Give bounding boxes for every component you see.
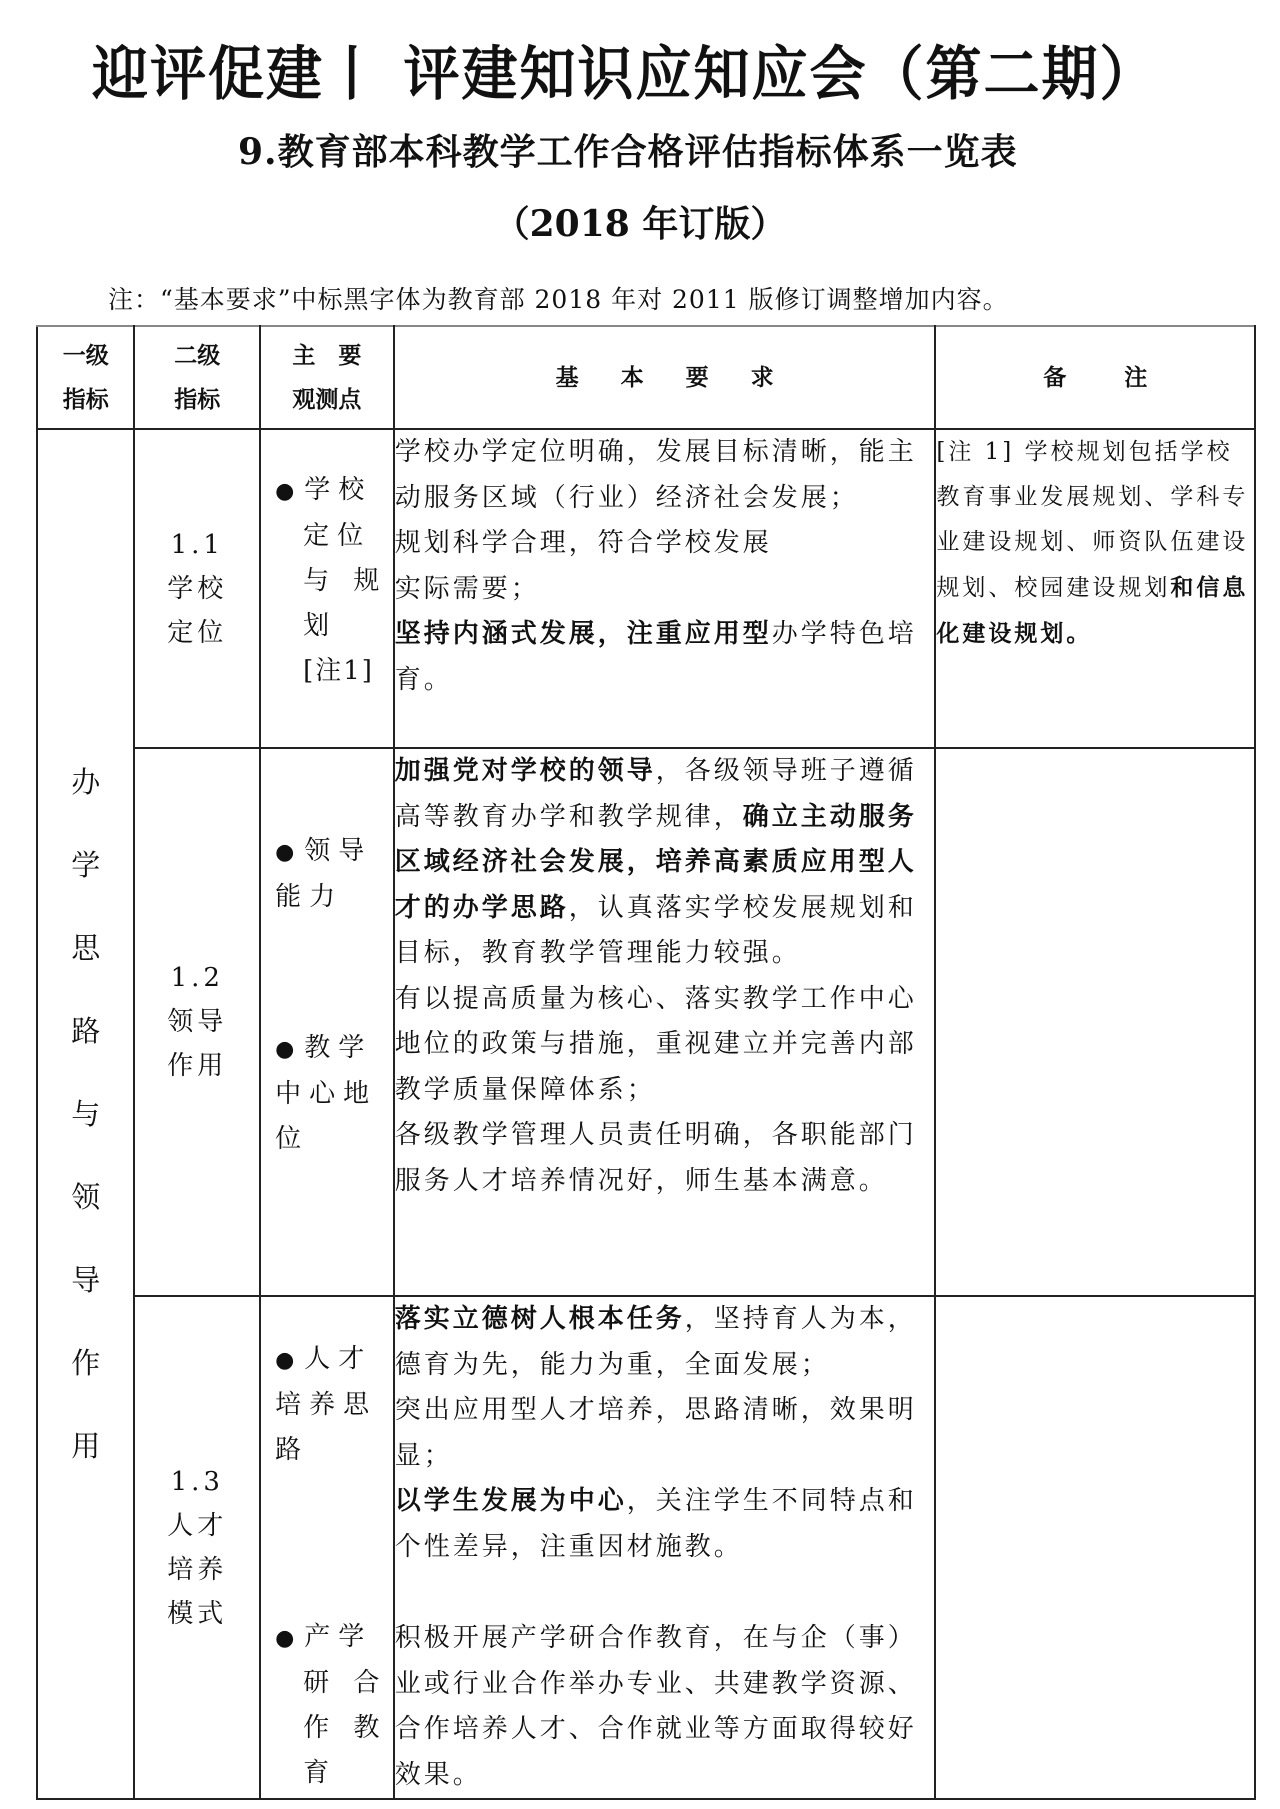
table-header-row: 一级 指标 二级 指标 主 要 观测点 基本要求 备注 bbox=[37, 326, 1255, 429]
table-row: 1.3 人才 培养 模式 ●人才 培养思 路 ●产学 研 合 作 教 育 bbox=[37, 1296, 1255, 1799]
observation-item: ●学校 定位 与 规 划 [注1] bbox=[275, 468, 385, 694]
observation-item: ●人才 培养思 路 bbox=[275, 1337, 385, 1473]
header-level1: 一级 指标 bbox=[37, 326, 134, 429]
table-row: 办 学 思 路 与 领 导 作 用 1.1 学校 定位 ●学校 定位 与 规 bbox=[37, 429, 1255, 748]
header-requirements: 基本要求 bbox=[394, 326, 936, 429]
remarks-cell: [注 1] 学校规划包括学校教育事业发展规划、学科专业建设规划、师资队伍建设规划… bbox=[935, 429, 1255, 748]
header-remarks: 备注 bbox=[935, 326, 1255, 429]
evaluation-index-table: 一级 指标 二级 指标 主 要 观测点 基本要求 备注 办 学 思 路 与 领 bbox=[36, 325, 1256, 1800]
bullet-icon: ● bbox=[275, 1626, 294, 1651]
requirements-cell: 学校办学定位明确，发展目标清晰，能主动服务区域（行业）经济社会发展； 规划科学合… bbox=[394, 429, 936, 748]
requirements-cell: 加强党对学校的领导，各级领导班子遵循高等教育办学和教学规律，确立主动服务区域经济… bbox=[394, 748, 936, 1296]
bullet-icon: ● bbox=[275, 1037, 294, 1062]
revision-note: 注：“基本要求”中标黑字体为教育部 2018 年对 2011 版修订调整增加内容… bbox=[108, 280, 1009, 316]
observation-item: ●领导 能力 bbox=[275, 829, 385, 920]
level2-indicator: 1.3 人才 培养 模式 bbox=[134, 1296, 260, 1799]
table-row: 1.2 领导 作用 ●领导 能力 ●教学 中心地 位 加强党对学校的领导，各级领… bbox=[37, 748, 1255, 1296]
level2-indicator: 1.2 领导 作用 bbox=[134, 748, 260, 1296]
level1-indicator: 办 学 思 路 与 领 导 作 用 bbox=[37, 429, 134, 1799]
edition-label: （2018 年订版） bbox=[0, 196, 1280, 247]
observation-item: ●教学 中心地 位 bbox=[275, 1026, 385, 1162]
document-subtitle: 9.教育部本科教学工作合格评估指标体系一览表 bbox=[238, 124, 1018, 175]
bullet-icon: ● bbox=[275, 479, 294, 504]
main-title: 迎评促建丨 评建知识应知应会（第二期） bbox=[92, 28, 1158, 112]
requirements-cell: 落实立德树人根本任务，坚持育人为本，德育为先，能力为重，全面发展； 突出应用型人… bbox=[394, 1296, 936, 1799]
bullet-icon: ● bbox=[275, 1348, 294, 1373]
observation-item: ●产学 研 合 作 教 育 bbox=[275, 1615, 385, 1796]
observation-point: ●领导 能力 ●教学 中心地 位 bbox=[260, 748, 394, 1296]
header-level2: 二级 指标 bbox=[134, 326, 260, 429]
remarks-cell bbox=[935, 1296, 1255, 1799]
bullet-icon: ● bbox=[275, 840, 294, 865]
observation-point: ●人才 培养思 路 ●产学 研 合 作 教 育 bbox=[260, 1296, 394, 1799]
observation-point: ●学校 定位 与 规 划 [注1] bbox=[260, 429, 394, 748]
level2-indicator: 1.1 学校 定位 bbox=[134, 429, 260, 748]
remarks-cell bbox=[935, 748, 1255, 1296]
header-observation: 主 要 观测点 bbox=[260, 326, 394, 429]
